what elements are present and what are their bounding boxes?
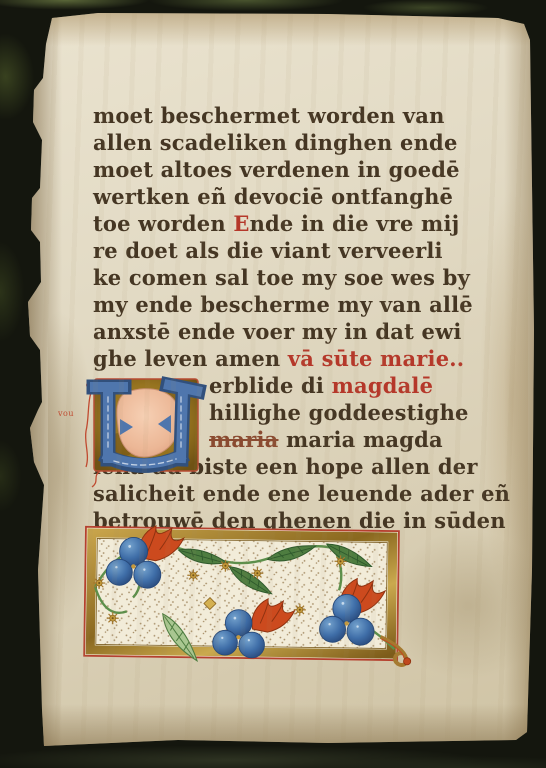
body-text: nde in die vre mij (250, 211, 460, 236)
rubric-text: magdalē (332, 373, 434, 398)
body-text: anxstē ende voer my in dat ewi (93, 319, 462, 344)
body-text: my ende bescherme my van allē (93, 292, 473, 317)
body-text: ghe leven amen (93, 346, 288, 371)
manuscript-leaf: moet beschermet worden vanallen scadelik… (28, 10, 534, 746)
text-line: ghe leven amen vā sūte marie.. (93, 346, 510, 373)
photo-background: moet beschermet worden vanallen scadelik… (0, 0, 546, 768)
parchment-stain (388, 530, 546, 680)
text-line: ke comen sal toe my soe wes by (93, 265, 510, 292)
text-line: re doet als die viant verveerli (93, 238, 510, 265)
floral-border-panel (82, 525, 404, 669)
rubric-text: vā sūte marie.. (288, 346, 464, 371)
body-text: salicheit ende ene leuende ader eñ (93, 481, 510, 506)
illuminated-initial-v (80, 375, 210, 480)
rubric-text: E (233, 211, 249, 236)
left-edge-shading (28, 10, 62, 746)
text-line: salicheit ende ene leuende ader eñ (93, 481, 510, 508)
body-text: moet beschermet worden van (93, 103, 445, 128)
body-text: wertken eñ devociē ontfanghē (93, 184, 453, 209)
body-text: toe worden (93, 211, 233, 236)
body-text: hillighe goddeestighe (209, 400, 469, 425)
text-line: moet altoes verdenen in goedē (93, 157, 510, 184)
body-text: allen scadeliken dinghen ende (93, 130, 458, 155)
body-text: maria magda (278, 427, 442, 452)
body-text: re doet als die viant verveerli (93, 238, 443, 263)
text-line: moet beschermet worden van (93, 103, 510, 130)
text-line: anxstē ende voer my in dat ewi (93, 319, 510, 346)
body-text: erblide di (209, 373, 332, 398)
text-line: wertken eñ devociē ontfanghē (93, 184, 510, 211)
text-line: my ende bescherme my van allē (93, 292, 510, 319)
bottom-edge-shading (28, 704, 534, 746)
body-text: moet altoes verdenen in goedē (93, 157, 460, 182)
text-line: toe worden Ende in die vre mij (93, 211, 510, 238)
top-stain (28, 10, 534, 46)
body-text: ke comen sal toe my soe wes by (93, 265, 470, 290)
text-line: allen scadeliken dinghen ende (93, 130, 510, 157)
struck-text: maria (209, 427, 278, 452)
margin-guide-note: vou (58, 409, 74, 418)
